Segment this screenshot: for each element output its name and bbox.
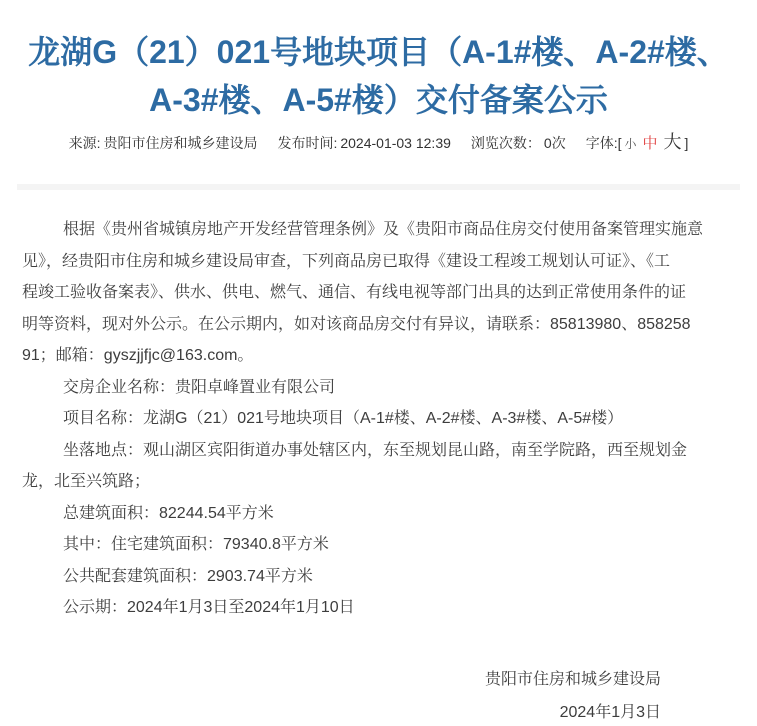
font-size-bracket-close: ]	[685, 135, 689, 151]
meta-source: 来源:贵阳市住房和城乡建设局	[69, 135, 258, 151]
signature-block: 贵阳市住房和城乡建设局 2024年1月3日	[22, 663, 707, 726]
font-size-large-button[interactable]: 大	[664, 132, 682, 152]
signature-date: 2024年1月3日	[22, 696, 661, 726]
article-meta: 来源:贵阳市住房和城乡建设局发布时间:2024-01-03 12:39浏览次数：…	[0, 132, 757, 154]
page-title: 龙湖G（21）021号地块项目（A-1#楼、A-2#楼、 A-3#楼、A-5#楼…	[0, 0, 757, 124]
signature-org: 贵阳市住房和城乡建设局	[22, 663, 661, 696]
body-line: 明等资料，现对外公示。在公示期内，如对该商品房交付有异议，请联系：8581398…	[22, 309, 707, 341]
body-line: 91；邮箱：gyszjjfjc@163.com。	[22, 340, 707, 372]
body-line: 龙，北至兴筑路；	[22, 466, 707, 498]
body-line: 见》，经贵阳市住房和城乡建设局审查，下列商品房已取得《建设工程竣工规划认可证》、…	[22, 246, 707, 278]
body-line: 项目名称：龙湖G（21）021号地块项目（A-1#楼、A-2#楼、A-3#楼、A…	[22, 403, 707, 435]
body-line: 公示期：2024年1月3日至2024年1月10日	[22, 592, 707, 624]
meta-publish-label: 发布时间:	[277, 135, 337, 151]
meta-publish-value: 2024-01-03 12:39	[340, 135, 451, 151]
meta-views-value: 0次	[544, 135, 566, 151]
page: 龙湖G（21）021号地块项目（A-1#楼、A-2#楼、 A-3#楼、A-5#楼…	[0, 0, 757, 726]
body-line: 程竣工验收备案表》、供水、供电、燃气、通信、有线电视等部门出具的达到正常使用条件…	[22, 277, 707, 309]
body-line: 交房企业名称：贵阳卓峰置业有限公司	[22, 372, 707, 404]
body-line: 其中：住宅建筑面积：79340.8平方米	[22, 529, 707, 561]
font-size-medium-button[interactable]: 中	[643, 135, 658, 152]
body-line: 总建筑面积：82244.54平方米	[22, 498, 707, 530]
meta-source-label: 来源:	[69, 135, 101, 151]
page-title-line-1: 龙湖G（21）021号地块项目（A-1#楼、A-2#楼、	[0, 28, 757, 76]
page-title-line-2: A-3#楼、A-5#楼）交付备案公示	[0, 76, 757, 124]
meta-publish-time: 发布时间:2024-01-03 12:39	[277, 135, 450, 151]
meta-views-label: 浏览次数：	[471, 135, 541, 151]
font-size-label: 字体:[	[586, 135, 622, 151]
font-size-control: 字体:[小中大]	[586, 135, 689, 151]
font-size-small-button[interactable]: 小	[624, 137, 636, 151]
meta-views: 浏览次数：0次	[471, 135, 566, 151]
body-line: 公共配套建筑面积：2903.74平方米	[22, 561, 707, 593]
body-line: 根据《贵州省城镇房地产开发经营管理条例》及《贵阳市商品住房交付使用备案管理实施意	[22, 214, 707, 246]
body-line: 坐落地点：观山湖区宾阳街道办事处辖区内，东至规划昆山路，南至学院路，西至规划金	[22, 435, 707, 467]
article-body: 根据《贵州省城镇房地产开发经营管理条例》及《贵阳市商品住房交付使用备案管理实施意…	[0, 190, 757, 726]
meta-source-value: 贵阳市住房和城乡建设局	[103, 135, 257, 151]
